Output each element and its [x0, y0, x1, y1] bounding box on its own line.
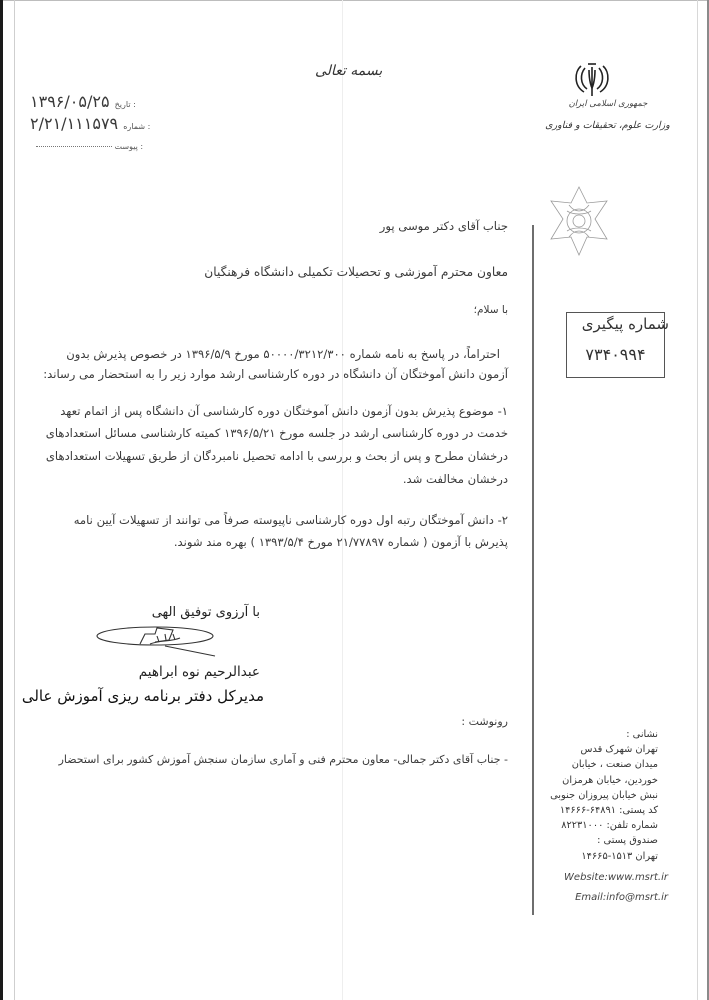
po-box: تهران ۱۵۱۳-۱۴۶۶۵ — [540, 849, 658, 864]
website: Website:www.msrt.ir — [540, 872, 668, 883]
signatory-name: عبدالرحیم نوه ابراهیم — [100, 664, 260, 680]
postal-code: کد پستی: ۶۴۸۹۱-۱۴۶۶۶ — [540, 803, 658, 818]
basmala: بسمه تعالی — [315, 63, 382, 79]
iran-emblem-icon — [572, 58, 612, 100]
address-block: نشانی : تهران شهرک قدس میدان صنعت ، خیاب… — [540, 727, 658, 864]
address-line: میدان صنعت ، خیابان — [540, 757, 658, 772]
tracking-label: شماره پیگیری — [566, 315, 669, 333]
cc-item: - جناب آقای دکتر جمالی- معاون محترم فنی … — [40, 750, 508, 770]
attachment-blank — [36, 146, 112, 147]
address-line: نبش خیابان پیروزان جنوبی — [540, 788, 658, 803]
cc-label: رونوشت : — [300, 712, 508, 732]
attachment-label: پیوست : — [115, 142, 144, 151]
intro-line-2: آزمون دانش آموختگان آن دانشگاه در دوره ک… — [40, 364, 508, 384]
number-label: شماره : — [123, 122, 150, 131]
page-left-margin-line — [14, 0, 15, 1000]
decorative-ornament-icon — [545, 185, 613, 257]
date-value: ۱۳۹۶/۰۵/۲۵ — [30, 92, 110, 111]
address-line: خوردین، خیابان هرمزان — [540, 773, 658, 788]
sidebar-divider — [532, 225, 534, 915]
ministry-name: وزارت علوم، تحقیقات و فناوری — [540, 120, 675, 131]
item2-line-2: پذیرش با آزمون ( شماره ۲۱/۷۷۸۹۷ مورخ ۱۳۹… — [40, 532, 508, 552]
page-right-margin-line — [697, 0, 698, 1000]
page-left-edge — [0, 0, 3, 1000]
item1-line-3: درخشان مطرح و پس از بحث و بررسی با ادامه… — [40, 446, 508, 466]
recipient-title: معاون محترم آموزشی و تحصیلات تکمیلی دانش… — [200, 262, 508, 282]
page-top-edge — [0, 0, 709, 1]
item1-line-2: خدمت در دوره کارشناسی ارشد در جلسه مورخ … — [40, 423, 508, 443]
country-name: جمهوری اسلامی ایران — [548, 99, 668, 109]
address-line: نشانی : — [540, 727, 658, 742]
greeting: با سلام؛ — [200, 300, 508, 320]
closing-phrase: با آرزوی توفیق الهی — [100, 605, 260, 620]
attachment-row: پیوست : — [30, 142, 143, 151]
item2-line-1: ۲- دانش آموختگان رتبه اول دوره کارشناسی … — [40, 510, 508, 530]
email: Email:info@msrt.ir — [540, 892, 668, 903]
signature-icon — [95, 622, 235, 660]
number-value: ۲/۲۱/۱۱۱۵۷۹ — [30, 114, 118, 133]
page-fold-line — [342, 0, 343, 1000]
date-label: تاریخ : — [115, 100, 136, 109]
date-row: ۱۳۹۶/۰۵/۲۵ تاریخ : — [30, 92, 136, 111]
item1-line-4: درخشان مخالفت شد. — [40, 469, 508, 489]
address-line: تهران شهرک قدس — [540, 742, 658, 757]
recipient-name: جناب آقای دکتر موسی پور — [200, 216, 508, 236]
po-box-label: صندوق پستی : — [540, 833, 658, 848]
signatory-title: مدیرکل دفتر برنامه ریزی آموزش عالی — [60, 687, 264, 705]
item1-line-1: ۱- موضوع پذیرش بدون آزمون دانش آموختگان … — [40, 401, 508, 421]
number-row: ۲/۲۱/۱۱۱۵۷۹ شماره : — [30, 114, 150, 133]
tracking-number: ۷۳۴۰۹۹۴ — [566, 345, 665, 364]
intro-line-1: احتراماً، در پاسخ به نامه شماره ۵۰۰۰۰/۳۲… — [40, 344, 500, 364]
phone-number: شماره تلفن: ۸۲۲۳۱۰۰۰ — [540, 818, 658, 833]
